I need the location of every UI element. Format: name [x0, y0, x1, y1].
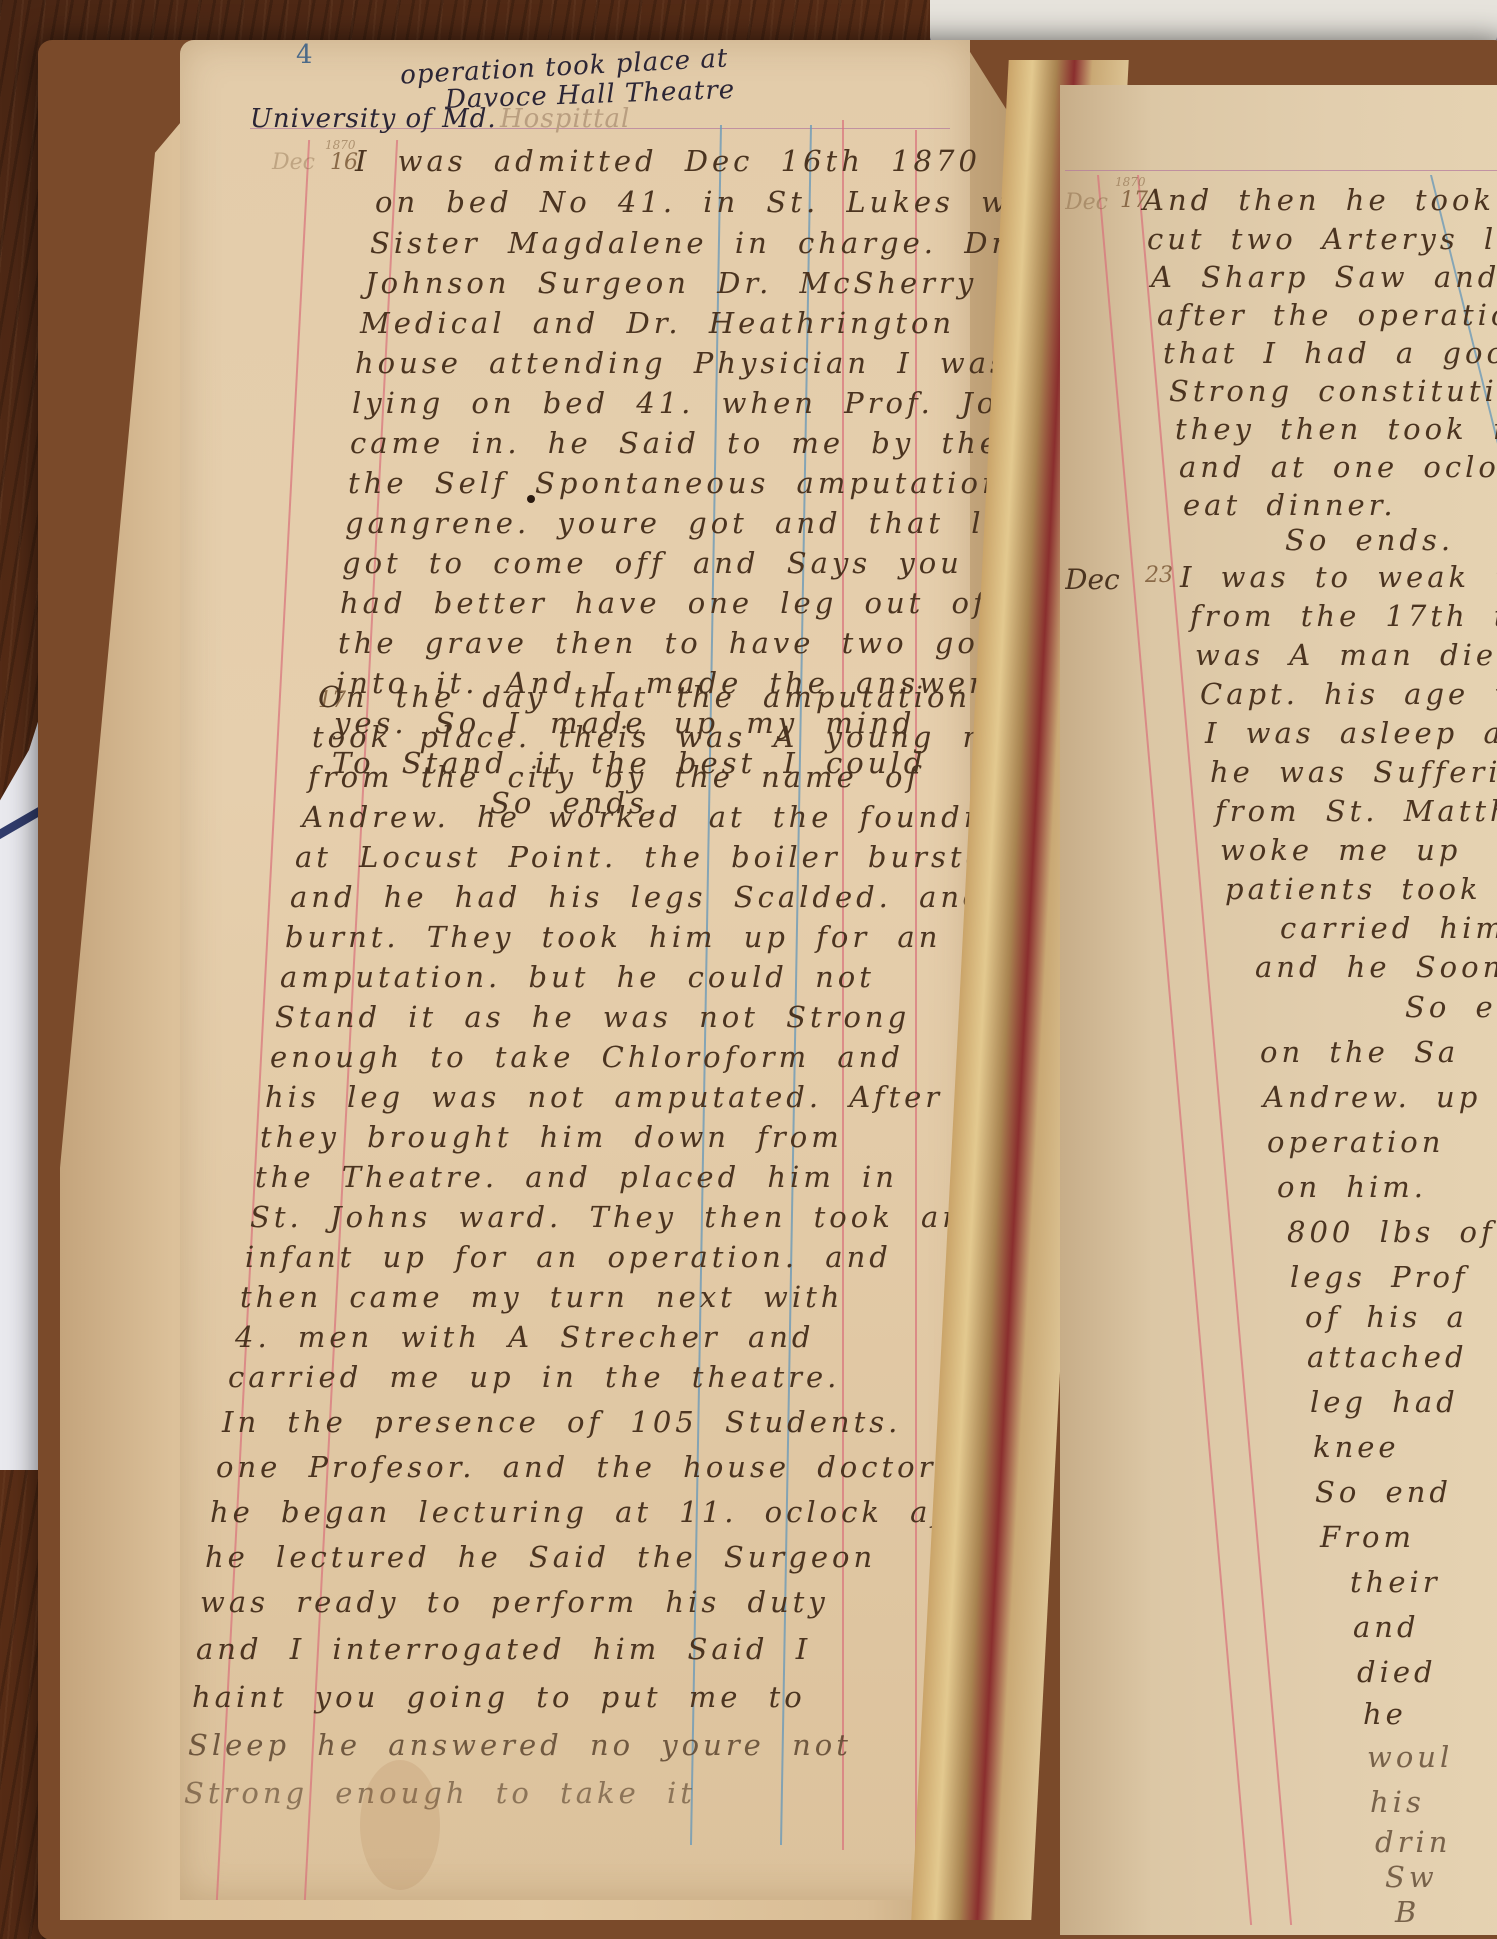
text-line: was A man died	[1195, 638, 1497, 672]
text-line: his leg was not amputated. After	[265, 1080, 943, 1114]
text-line: he	[1363, 1697, 1407, 1731]
text-line: his	[1370, 1785, 1425, 1819]
text-line: Capt. his age was	[1200, 677, 1497, 711]
text-line: carried him	[1280, 911, 1497, 945]
text-line: that I had a good an	[1163, 336, 1497, 370]
text-line: A Sharp Saw and Saw	[1151, 260, 1497, 294]
text-line: woke me up	[1220, 833, 1461, 867]
text-line: infant up for an operation. and	[245, 1240, 892, 1274]
text-line: came in. he Said to me by the	[350, 426, 1001, 460]
text-line: cut two Arterys loose and	[1147, 222, 1497, 256]
text-line: Medical and Dr. Heathrington	[360, 306, 955, 340]
entry-closing: So en	[1405, 990, 1497, 1024]
text-line: On the day that the amputation	[318, 680, 971, 714]
text-line: got to come off and Says you	[342, 546, 963, 580]
entry-month: Dec	[1065, 190, 1108, 215]
text-line: 800 lbs of	[1287, 1215, 1496, 1249]
text-line: the Theatre. and placed him in	[255, 1160, 898, 1194]
text-line: Andrew. he worked at the foundry	[302, 800, 1002, 834]
text-line: eat dinner.	[1183, 488, 1397, 522]
text-line: legs Prof	[1290, 1260, 1469, 1294]
pencil-annotation-line3: University of Md.	[250, 104, 497, 134]
text-line: and at one oclock	[1179, 450, 1497, 484]
text-line: he was Suffering	[1210, 755, 1497, 789]
text-line: So end	[1315, 1475, 1452, 1509]
text-line: Stand it as he was not Strong	[275, 1000, 910, 1034]
text-line: at Locust Point. the boiler bursted	[295, 840, 1009, 874]
text-line: 4. men with A Strecher and	[235, 1320, 815, 1354]
text-line: from the 17th to 22	[1190, 599, 1497, 633]
text-line: the grave then to have two go	[338, 626, 979, 660]
text-line: burnt. They took him up for an	[285, 920, 941, 954]
text-line: haint you going to put me to	[192, 1680, 806, 1714]
text-line: died	[1357, 1655, 1437, 1689]
text-line: Andrew. up	[1263, 1080, 1481, 1114]
entry-month: Dec	[1065, 563, 1120, 596]
text-line: patients took	[1225, 872, 1482, 906]
text-line: knee	[1313, 1430, 1400, 1464]
text-line: woul	[1367, 1740, 1453, 1774]
ink-blot	[527, 495, 535, 503]
text-line: Sister Magdalene in charge. Dr.	[370, 226, 1019, 260]
text-line: their	[1350, 1565, 1441, 1599]
text-line: operation	[1267, 1125, 1444, 1159]
text-line: and he Soon	[1255, 950, 1497, 984]
entry-day: 23	[1145, 563, 1173, 588]
text-line: of his a	[1305, 1300, 1468, 1334]
text-line: In the presence of 105 Students.	[222, 1405, 901, 1439]
text-line: I was to weak to	[1180, 560, 1497, 594]
text-line: on him.	[1277, 1170, 1427, 1204]
text-line: I was admitted Dec 16th 1870	[355, 144, 981, 178]
text-line: drin	[1375, 1825, 1451, 1859]
text-line: from St. Matthews	[1215, 794, 1497, 828]
right-page-content: Dec 1870 17 And then he took A cut two A…	[1065, 85, 1497, 1935]
entry-closing: So ends.	[1285, 523, 1454, 557]
text-line: carried me up in the theatre.	[228, 1360, 840, 1394]
text-line: Strong enough to take it	[184, 1776, 696, 1810]
text-line: from the city by the name of	[308, 760, 921, 794]
text-line: house attending Physician I was	[355, 346, 1009, 380]
text-line: I was asleep a	[1205, 716, 1497, 750]
text-line: B	[1395, 1895, 1420, 1929]
header-rule	[1065, 170, 1497, 171]
text-line: Strong constitution and	[1169, 374, 1497, 408]
entry-year: 1870	[1115, 175, 1146, 189]
text-line: Sleep he answered no youre not	[188, 1728, 852, 1762]
text-line: amputation. but he could not	[280, 960, 875, 994]
text-line: on bed No 41. in St. Lukes ward	[375, 185, 1072, 219]
text-line: St. Johns ward. They then took an	[250, 1200, 965, 1234]
text-line: they then took me	[1175, 412, 1497, 446]
text-line: enough to take Chloroform and	[270, 1040, 904, 1074]
text-line: leg had	[1310, 1385, 1459, 1419]
text-line: and he had his legs Scalded. and	[290, 880, 986, 914]
text-line: and I interrogated him Said I	[196, 1632, 811, 1666]
entry-day: 16	[330, 150, 358, 175]
page-number: 4	[296, 40, 313, 70]
text-line: took place. theis was A young man	[312, 720, 1038, 754]
entry-month: Dec	[272, 150, 315, 175]
text-line: one Profesor. and the house doctor.	[216, 1450, 947, 1484]
text-line: Sw	[1385, 1860, 1438, 1894]
faded-annotation: Hospittal	[500, 104, 630, 134]
text-line: the Self Spontaneous amputation	[348, 466, 1005, 500]
text-line: attached	[1307, 1340, 1468, 1374]
text-line: he began lecturing at 11. oclock after	[210, 1495, 1001, 1529]
text-line: on the Sa	[1260, 1035, 1459, 1069]
text-line: From	[1320, 1520, 1415, 1554]
text-line: then came my turn next with	[240, 1280, 843, 1314]
text-line: after the operation was	[1157, 298, 1497, 332]
text-line: had better have one leg out of	[340, 586, 988, 620]
water-stain	[360, 1760, 440, 1890]
text-line: And then he took A	[1143, 183, 1497, 217]
text-line: and	[1353, 1610, 1420, 1644]
text-line: he lectured he Said the Surgeon	[205, 1540, 876, 1574]
text-line: was ready to perform his duty	[200, 1585, 829, 1619]
text-line: Johnson Surgeon Dr. McSherry	[365, 266, 977, 300]
text-line: gangrene. youre got and that leg	[345, 506, 1028, 540]
text-line: they brought him down from	[260, 1120, 843, 1154]
